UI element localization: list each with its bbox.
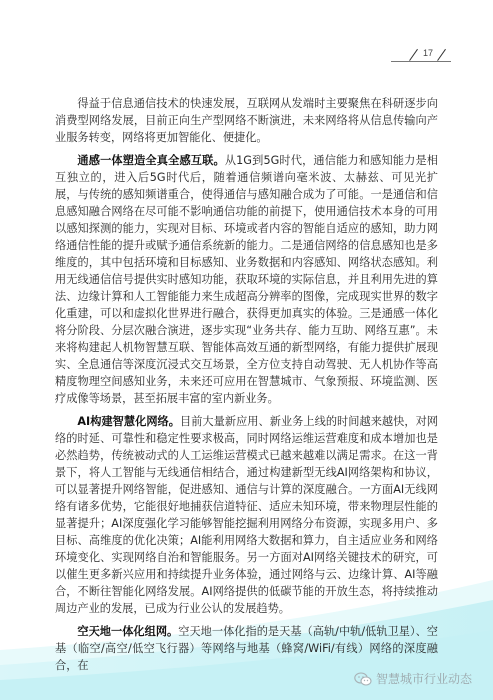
paragraph-lead: 空天地一体化组网。 (77, 625, 178, 638)
watermark: 智慧城市行业动态 (354, 670, 472, 687)
paragraph-text: 目前大量新应用、新业务上线的时间越来越快，对网络的时延、可靠性和稳定性要求极高，… (55, 415, 438, 615)
paragraph-intro: 得益于信息通信技术的快速发展，互联网从发端时主要聚焦在科研逐步向消费型网络发展，… (55, 95, 438, 146)
page-number-marker: 17 (391, 44, 451, 64)
page-number-underline (391, 61, 451, 62)
page-number: 17 (423, 48, 433, 58)
paragraph-text: 得益于信息通信技术的快速发展，互联网从发端时主要聚焦在科研逐步向消费型网络发展，… (55, 97, 438, 144)
paragraph-ai-network: AI构建智慧化网络。目前大量新应用、新业务上线的时间越来越快，对网络的时延、可靠… (55, 413, 438, 617)
document-body: 得益于信息通信技术的快速发展，互联网从发端时主要聚焦在科研逐步向消费型网络发展，… (55, 95, 438, 680)
slash-decoration-left (409, 49, 418, 61)
watermark-text: 智慧城市行业动态 (376, 670, 472, 687)
paragraph-space-air-ground: 空天地一体化组网。空天地一体化指的是天基（高轨/中轨/低轨卫星）、空基（临空/高… (55, 623, 438, 674)
paragraph-sensing-communication: 通感一体塑造全真全感互联。从1G到5G时代，通信能力和感知能力是相互独立的，进入… (55, 152, 438, 407)
paragraph-lead: 通感一体塑造全真全感互联。 (77, 154, 224, 167)
paragraph-lead: AI构建智慧化网络。 (77, 415, 180, 428)
paragraph-text: 从1G到5G时代，通信能力和感知能力是相互独立的，进入后5G时代后，随着通信频谱… (55, 154, 438, 405)
slash-decoration-right (437, 49, 446, 61)
wechat-icon (354, 672, 372, 686)
